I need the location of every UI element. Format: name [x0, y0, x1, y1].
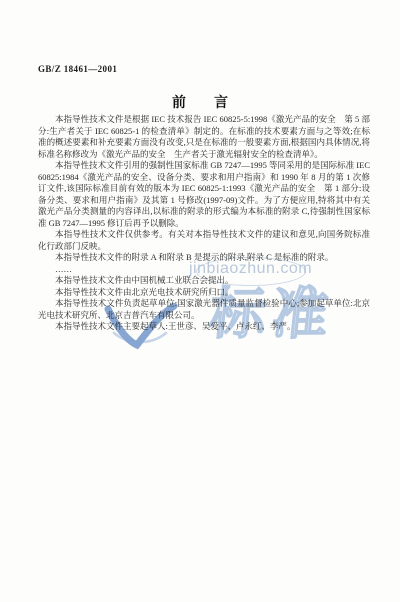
standard-number: GB/Z 18461—2001 — [38, 64, 117, 74]
foreword-title: 前 言 — [0, 92, 400, 112]
foreword-paragraph: 本指导性技术文件的附录 A 和附录 B 是提示的附录,附录 C 是标准的附录。 — [38, 252, 370, 264]
foreword-paragraph: 本指导性技术文件仅供参考。有关对本指导性技术文件的建议和意见,向国务院标准化行政… — [38, 229, 370, 252]
foreword-paragraph: 本指导性技术文件负责起草单位:国家激光器件质量监督检验中心;参加起草单位:北京光… — [38, 298, 370, 321]
foreword-body: 本指导性技术文件是根据 IEC 技术报告 IEC 60825-5:1998《激光… — [38, 114, 370, 333]
foreword-paragraph: 本指导性技术文件由北京光电技术研究所归口。 — [38, 287, 370, 299]
document-page: GB/Z 18461—2001 前 言 jinbiaozhun.com 标准 本… — [0, 0, 400, 602]
foreword-paragraph: 本指导性技术文件是根据 IEC 技术报告 IEC 60825-5:1998《激光… — [38, 114, 370, 160]
foreword-paragraph: 本指导性技术文件由中国机械工业联合会提出。 — [38, 275, 370, 287]
foreword-ellipsis-line: …… — [38, 264, 370, 276]
foreword-paragraph: 本指导性技术文件主要起草人:王世彦、吴爱平、卢永红、李严。 — [38, 321, 370, 333]
foreword-paragraph: 本指导性技术文件引用的强制性国家标准 GB 7247—1995 等同采用的是国际… — [38, 160, 370, 229]
